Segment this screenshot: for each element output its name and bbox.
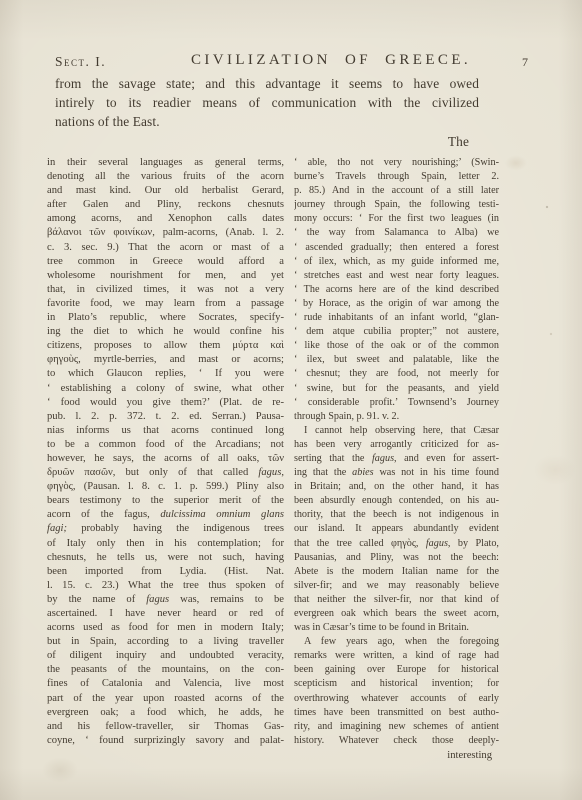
text-line: to which Glaucon replies, ‘ If you were: [47, 367, 284, 381]
text-line: mony occurs: ‘ For the first two leagues…: [294, 212, 499, 226]
text-line: times have been transmitted on best auth…: [294, 706, 499, 720]
text-line: to be a common food of the Arcadians; no…: [47, 438, 284, 452]
book-page: Sect. I. CIVILIZATION OF GREECE. 7 from …: [0, 0, 582, 800]
text-line: bears testimony to the superior merit of…: [47, 494, 284, 508]
text-line: Abete is the modern Italian name for the: [294, 565, 499, 579]
text-line: that neither the silver-fir, nor that ki…: [294, 593, 499, 607]
text-line: that, in civilized times, it was not a v…: [47, 283, 284, 297]
column-right: ‘ able, tho not very nourishing;’ (Swin-…: [294, 156, 499, 748]
text-line: ‘ the way from Salamanca to Alba) we: [294, 226, 499, 240]
text-line: acorn of the fagus, dulcissima omnium gl…: [47, 508, 284, 522]
text-line: ing that the abies was not in his time f…: [294, 466, 499, 480]
text-line: ing the diet to which he would confine h…: [47, 325, 284, 339]
text-line: thority, that the beech is not indigenou…: [294, 508, 499, 522]
text-line: acorns used as food for men in modern It…: [47, 621, 284, 635]
text-line: ‘ swine, but for the peasants, and yield: [294, 382, 499, 396]
text-line: of Italy only then in his contemplation;…: [47, 537, 284, 551]
text-line: ‘ ilex, but sweet and palatable, like th…: [294, 353, 499, 367]
text-line: remarks were written, a kind of rage had: [294, 649, 499, 663]
text-line: intirely to its readier means of communi…: [55, 93, 479, 112]
text-line: by the name of fagus was, remains to be: [47, 593, 284, 607]
catchword-bottom: interesting: [294, 749, 499, 763]
page-header: Sect. I. CIVILIZATION OF GREECE. 7: [55, 52, 542, 72]
text-line: ‘ chesnut; they are food, not meerly for: [294, 367, 499, 381]
text-line: nias informs us that acorns continued lo…: [47, 424, 284, 438]
intro-lines: from the savage state; and this advantag…: [55, 74, 479, 131]
text-line: ‘ food would you give them?’ (Plat. de r…: [47, 396, 284, 410]
text-line: chesnuts, he tells us, were not such, ha…: [47, 551, 284, 565]
text-line: journey through Spain, the following tes…: [294, 198, 499, 212]
text-line: I cannot help observing here, that Cæsar: [294, 424, 499, 438]
text-line: φηγοὺς, myrtle-berries, and mast or acor…: [47, 353, 284, 367]
text-line: part of the year upon roasted acorns of …: [47, 692, 284, 706]
text-line: denoting all the various fruits of the a…: [47, 170, 284, 184]
text-line: serting that the fagus, and even for ass…: [294, 452, 499, 466]
text-line: favorite food, we may learn from a passa…: [47, 297, 284, 311]
text-line: ‘ able, tho not very nourishing;’ (Swin-: [294, 156, 499, 170]
text-line: ‘ considerable profit.’ Townsend’s Journ…: [294, 396, 499, 410]
text-line: overthrowing whatever accounts of early: [294, 692, 499, 706]
text-line: fagi; probably having the indigenous tre…: [47, 522, 284, 536]
text-line: ‘ like those of the oak or of the common: [294, 339, 499, 353]
text-line: our island. It appears abundantly eviden…: [294, 522, 499, 536]
text-line: and mast kind. Our old herbalist Gerard,: [47, 184, 284, 198]
text-line: from the savage state; and this advantag…: [55, 74, 479, 93]
text-line: ‘ ascended gradually; then entered a for…: [294, 241, 499, 255]
text-line: βάλανοι τῶν φοινίκων, palm-acorns, (Anab…: [47, 226, 284, 240]
text-line: scepticism and historical invention; for: [294, 677, 499, 691]
text-line: evergreen oak; a food which, he adds, he: [47, 706, 284, 720]
text-line: history. Whatever check those deeply-: [294, 734, 499, 748]
page-title: CIVILIZATION OF GREECE.: [143, 52, 519, 69]
text-line: fines of Catalonia and Valencia, live mo…: [47, 677, 284, 691]
text-line: ‘ by Horace, as the origin of war among …: [294, 297, 499, 311]
text-line: ‘ stretches east and west near forty lea…: [294, 269, 499, 283]
text-line: Pausanias, and Pliny, was not the beech:: [294, 551, 499, 565]
column-right-wrap: ‘ able, tho not very nourishing;’ (Swin-…: [294, 156, 499, 763]
text-line: ‘ of ilex, which, as my guide informed m…: [294, 255, 499, 269]
text-line: pub. l. 2. p. 372. t. 2. ed. Serran.) Pa…: [47, 410, 284, 424]
text-line: that the tree called φηγὸς, fagus, by Pl…: [294, 537, 499, 551]
text-line: φηγὸς, (Pausan. l. 8. c. 1. p. 599.) Pli…: [47, 480, 284, 494]
two-column-body: in their several languages as general te…: [47, 156, 499, 763]
text-line: δρυῶν πασῶν, but only of that called fag…: [47, 466, 284, 480]
text-line: in Britain; and, on the other hand, it h…: [294, 480, 499, 494]
text-line: ‘ establishing a colony of swine, what o…: [47, 382, 284, 396]
text-line: A few years ago, when the foregoing: [294, 635, 499, 649]
text-line: evergreen oak which bears the sweet acor…: [294, 607, 499, 621]
text-line: in Plato’s republic, where Socrates, spe…: [47, 311, 284, 325]
text-line: after Galen and Pliny, reckons chesnuts: [47, 198, 284, 212]
text-line: l. 15. c. 23.) What the tree thus spoken…: [47, 579, 284, 593]
text-line: of diligent inquiry and undoubted veraci…: [47, 649, 284, 663]
text-line: ‘ rude inhabitants of an infant world, “…: [294, 311, 499, 325]
text-line: c. 3. sec. 9.) That the acorn or mast of…: [47, 241, 284, 255]
text-line: been imported from Lydia. (Hist. Nat.: [47, 565, 284, 579]
text-line: ‘ The acorns here are of the kind descri…: [294, 283, 499, 297]
text-line: however, he says, the acorns of all oaks…: [47, 452, 284, 466]
text-line: citizens, proposes to allow them μύρτα κ…: [47, 339, 284, 353]
text-line: rity, and imagining new schemes of antie…: [294, 720, 499, 734]
text-line: ascertained. I have never heard or red o…: [47, 607, 284, 621]
text-line: the peasants of the mountains, on the co…: [47, 663, 284, 677]
text-line: among acorns, and Xenophon calls dates: [47, 212, 284, 226]
text-line: been gaining over Europe for historical: [294, 663, 499, 677]
text-line: nations of the East.: [55, 112, 479, 131]
text-line: p. 85.) And in the account of a still la…: [294, 184, 499, 198]
text-line: burne’s Travels through Spain, letter 2.: [294, 170, 499, 184]
column-left: in their several languages as general te…: [47, 156, 284, 763]
text-line: in their several languages as general te…: [47, 156, 284, 170]
text-line: ‘ dem atque cubilia propter;” not auster…: [294, 325, 499, 339]
text-line: wholesome nourishment for men, and yet: [47, 269, 284, 283]
text-line: through Spain, p. 91. v. 2.: [294, 410, 499, 424]
text-line: but in Spain, according to a living trav…: [47, 635, 284, 649]
text-line: tree common in Greece would afford a: [47, 255, 284, 269]
text-line: been absurdly enough contended, on his a…: [294, 494, 499, 508]
catchword-the: The: [55, 132, 479, 151]
section-label: Sect. I.: [55, 54, 106, 70]
text-line: coyne, ‘ found surprizingly savory and p…: [47, 734, 284, 748]
intro-paragraph: from the savage state; and this advantag…: [55, 74, 479, 151]
text-line: and his fellow-traveller, sir Thomas Gas…: [47, 720, 284, 734]
text-line: was in Cæsar’s time to be found in Brita…: [294, 621, 499, 635]
text-line: has been very arrogantly criticized for …: [294, 438, 499, 452]
page-number: 7: [522, 55, 528, 70]
text-line: silver-fir; and we may reasonably believ…: [294, 579, 499, 593]
